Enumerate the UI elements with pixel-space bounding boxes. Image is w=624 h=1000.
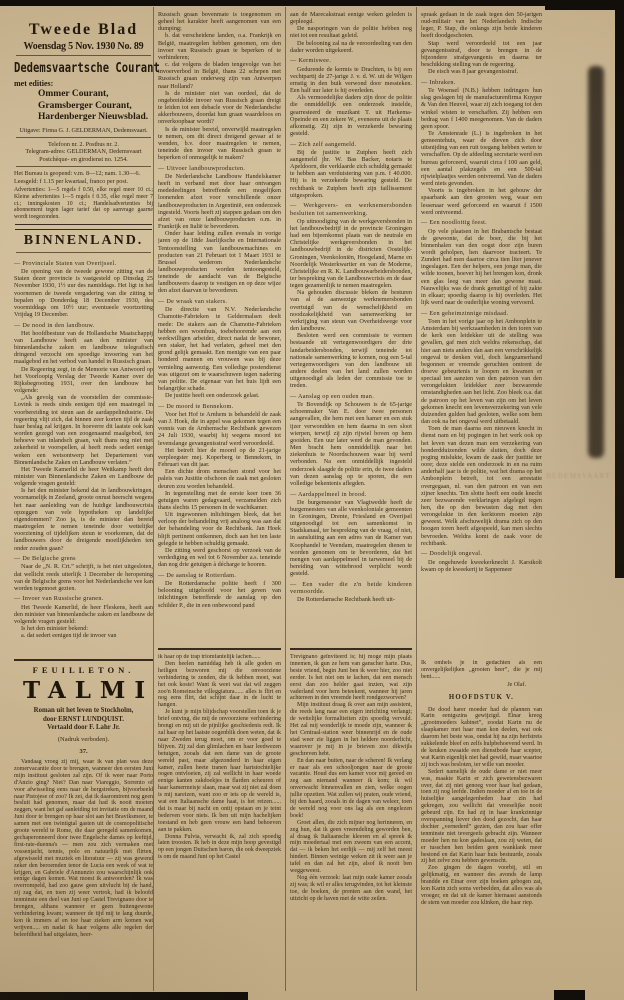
serial-translator: Vertaald door F. Lahr Jr.	[14, 724, 153, 732]
paragraph: Te Bovendijk op Schouwen is de 65-jarige…	[290, 401, 412, 487]
paragraph: De Regeering zegt, in de Memorie van Ant…	[14, 366, 153, 395]
edition-item: Hardenberger Nieuwsblad.	[38, 112, 153, 124]
column-1: Tweede Blad Woensdag 5 Nov. 1930 No. 89 …	[14, 8, 153, 939]
scan-edge-top	[0, 0, 624, 6]
paragraph: Het Tweede Kamerlid de heer Weitkamp hee…	[14, 466, 153, 487]
news-item-heading: — Inbraken.	[421, 79, 542, 86]
contact-line: Postchèque- en girodienst no. 1254.	[14, 156, 153, 164]
serial-text-column-1: Vandaag vroeg zij mij, waar ik van plan …	[14, 759, 153, 939]
divider	[16, 137, 151, 138]
news-item-heading: — Provinciale Staten van Overijssel.	[14, 260, 153, 267]
news-column-1: — Provinciale Staten van Overijssel.De o…	[14, 256, 153, 655]
paragraph: Te Woensel (N.B.) hebben indringers hun …	[421, 87, 542, 130]
paragraph: De Rotterdamsche politie heeft f 300 bel…	[158, 580, 281, 609]
paragraph: Sedert namelijk de oude dame er niet mee…	[421, 769, 542, 866]
paragraph: Donna Fulvia, verwacht ik, zal zich spoe…	[158, 834, 281, 862]
paragraph: Na gehouden discussie bleken de besturen…	[290, 289, 412, 332]
paragraph: Ik omhels je in gedachten als een onverg…	[421, 660, 542, 681]
paragraph: De dood harer moeder had de plannen van …	[421, 707, 542, 769]
paragraph: Te Amstenrade (L.) is ingebroken in het …	[421, 130, 542, 187]
divider	[16, 166, 151, 167]
paragraph: De directie van N.V. Nederlandsche Chamo…	[158, 306, 281, 392]
contact-block: Telefoon nr. 2. Postbus nr. 2. Telegram-…	[14, 141, 153, 164]
paragraph: De Rotterdamsche Rechtbank heeft uit-	[290, 596, 412, 603]
paragraph: Vandaag vroeg zij mij, waar ik van plan …	[14, 759, 153, 939]
paragraph: Nog één verzoek: laat mijn oude kamer zo…	[290, 875, 412, 903]
edition-item: Ommer Courant,	[38, 89, 153, 101]
paragraph: Stap werd veroordeeld tot een jaar gevan…	[421, 40, 542, 69]
feuilleton-rule	[290, 648, 412, 650]
news-item-heading: — Kermiswee.	[290, 57, 412, 64]
paragraph: Den heelen namiddag heb ik alle goden en…	[158, 661, 281, 709]
paragraph: Mijn instituut draag ik over aan mijn as…	[290, 702, 412, 757]
paragraph: Besloten werd een commissie te vormen be…	[290, 332, 412, 389]
paragraph: „Als gevolg van de voorstellen der commi…	[14, 394, 153, 466]
paragraph: Is het den minister bekend dat in landbo…	[14, 487, 153, 551]
paragraph: Is het den minister bekend:	[14, 625, 153, 632]
installment-number: 37.	[14, 748, 153, 755]
news-item-heading: — Doodelijk ongeval.	[421, 550, 542, 557]
feuilleton-label: FEUILLETON.	[14, 665, 153, 675]
paragraph: aan de Marecakstraat eenige weken gelede…	[290, 11, 412, 25]
feuilleton-rule	[14, 659, 153, 661]
paragraph: Als vermoedelijke daders zijn door de po…	[290, 94, 412, 137]
paragraph: spraak gedaan in de zaak tegen den 50-ja…	[421, 11, 542, 40]
serial-text-column-2: ik haar op de trap triomfantelijk lachen…	[158, 654, 281, 861]
scan-edge-right	[615, 0, 624, 578]
newspaper-page: Tweede Blad Woensdag 5 Nov. 1930 No. 89 …	[0, 0, 624, 1000]
office-hours: Het Bureau is geopend: v.m. 8—12; nam. 1…	[14, 170, 153, 178]
news-item-heading: — Aanslag op een ouden man.	[290, 393, 412, 400]
paragraph: De justitie heeft een onderzoek gelast.	[158, 392, 281, 399]
paragraph: Op uitnoodiging van de werkgeversbonden …	[290, 218, 412, 290]
paragraph: De burgemeester van Vlagtwedde heeft de …	[290, 499, 412, 578]
publisher-line: Uitgave: Firma G. J. GELDERMAN, Dedemsva…	[14, 127, 153, 134]
spacer	[421, 652, 542, 660]
paragraph: Het hoofdbestuur van de Hollandsche Maat…	[14, 330, 153, 366]
news-item-heading: — De moord te Bennekom.	[158, 403, 281, 410]
news-column-3: aan de Marecakstraat eenige weken gelede…	[290, 11, 412, 644]
column-divider	[153, 7, 154, 991]
paragraph: De Nederlandsche Landbouw Handelskamer h…	[158, 173, 281, 230]
advertising-rates: Advertenties: 1—5 regels f 0.50, elke re…	[14, 187, 153, 220]
scan-edge-top-right	[545, 0, 624, 10]
signature: Je Olaf.	[421, 682, 542, 689]
news-item-heading: — De wraak van stakers.	[158, 298, 281, 305]
paragraph: Voorts is ingebroken in het gebouw der s…	[421, 187, 542, 216]
paragraph: Onder haar leiding zullen evenals in vor…	[158, 230, 281, 294]
dateline: Woensdag 5 Nov. 1930 No. 89	[14, 41, 153, 52]
paragraph: De zitting werd geschorst op verzoek van…	[158, 547, 281, 568]
column-4: spraak gedaan in de zaak tegen den 50-ja…	[421, 11, 542, 907]
news-item-heading: — Aardappelmeel in brood.	[290, 491, 412, 498]
serial-author: door ERNST LUNDQUIST.	[14, 716, 153, 724]
serial-text-column-4: Ik omhels je in gedachten als een onverg…	[421, 660, 542, 907]
paragraph: En dan naar buiten, naar de scheren! Ik …	[290, 758, 412, 820]
news-item-heading: — Uitvoer landbouwproducten.	[158, 165, 281, 172]
scan-edge-bottom-left	[0, 992, 248, 1000]
serial-title: TALMI	[14, 677, 153, 704]
paragraph: Je kunt je mijn blijdschap voorstellen t…	[158, 709, 281, 833]
paragraph: Toen in het vorige jaar op het Ambonplei…	[421, 318, 542, 425]
editions-list: Ommer Courant, Gramsberger Courant, Hard…	[14, 89, 153, 124]
paragraph: Het Tweede Kamerlid, de heer Fleskens, h…	[14, 604, 153, 625]
news-item-heading: — Invoer van Russische granen.	[14, 595, 153, 602]
paragraph: De eisch was 8 jaar gevangenisstraf.	[421, 68, 542, 75]
paper-title: Dedemsvaartsche Courant	[14, 60, 122, 76]
paragraph: c. dat volgens de bladen tengevolge van …	[158, 61, 281, 90]
copyright-notice: (Nadruk verboden).	[14, 736, 153, 743]
divider	[16, 252, 151, 253]
news-item-heading: — De aanslag te Rotterdam.	[158, 572, 281, 579]
paragraph: Uit ingewonnen inlichtingen bleek, dat h…	[158, 511, 281, 547]
contact-line: Telegram-adres: GELDERMAN, Dedemsvaart	[14, 148, 153, 156]
column-divider	[416, 7, 417, 991]
paragraph: Een dichte drom menschen stond voor het …	[158, 468, 281, 489]
serial-subtitle: Roman uit het leven te Stockholm,	[14, 707, 153, 715]
paragraph: Russisch graan bovenmate is toegenomen e…	[158, 11, 281, 32]
edition-label: Tweede Blad	[14, 21, 153, 39]
column-2: Russisch graan bovenmate is toegenomen e…	[158, 11, 281, 861]
column-3: aan de Marecakstraat eenige weken gelede…	[290, 11, 412, 903]
paragraph: De opening van de tweede gewone zitting …	[14, 268, 153, 318]
serial-text-column-3: Trevignano geïnviteerd is; hij moge mijn…	[290, 654, 412, 903]
news-item-heading: — Een noodlottig feest.	[421, 219, 542, 226]
double-rule	[15, 224, 152, 230]
scan-edge-bottom-mark	[554, 990, 585, 1000]
paragraph: De ongehuwde kweekerknecht J. Karstkolt …	[421, 559, 542, 573]
news-item-heading: — De Belgische grens	[14, 555, 153, 562]
paragraph: Voor het Hof te Arnhem is behandeld de z…	[158, 411, 281, 447]
scan-shadow-blotch	[588, 66, 604, 458]
paragraph: Toen de man daarna een nieuwen knecht in…	[421, 425, 542, 547]
news-item-heading: — Een vader die z'n beide kinderen vermo…	[290, 581, 412, 595]
paragraph: b. dat verscheidene landen, o.a. Frankri…	[158, 32, 281, 61]
paragraph: In tegenstelling met de eerste keer toen…	[158, 490, 281, 511]
paragraph: De belooning zal na de veroordeeling van…	[290, 40, 412, 54]
news-item-heading: — Zich zelf aangemeld.	[290, 141, 412, 148]
paragraph: Op vele plaatsen in het Brabantsche best…	[421, 228, 542, 307]
paragraph: Is de minister niet van oordeel, dat de …	[158, 90, 281, 126]
paragraph: Naar de „N. R. Crt.” schrijft, is het ni…	[14, 563, 153, 592]
subscription-rate: Leesgeld: f 1.15 per kwartaal, franco pe…	[14, 178, 153, 186]
section-heading-binnenland: BINNENLAND.	[14, 233, 153, 249]
news-item-heading: — Werkgevers- en werknemersbonden beslui…	[290, 202, 412, 216]
news-item-heading: — De nood in den landbouw.	[14, 322, 153, 329]
paragraph: Is de minister bereid, onverwijld maatre…	[158, 126, 281, 162]
editions-label: met edities:	[14, 79, 153, 88]
paragraph: Groet allen, die zich mijner nog herinne…	[290, 820, 412, 875]
paragraph: Trevignano geïnviteerd is; hij moge mijn…	[290, 654, 412, 702]
paragraph: a. dat sedert eenigen tijd de invoer van	[14, 632, 153, 639]
paragraph: Gedurende de kermis te Drachten, is bij …	[290, 66, 412, 95]
paragraph: Het betreft hier de moord op de 21-jarig…	[158, 447, 281, 468]
news-item-heading: — Een geheimzinnige misdaad.	[421, 310, 542, 317]
paragraph: Bij de justitie te Zutphen heeft zich aa…	[290, 149, 412, 199]
news-column-2: Russisch graan bovenmate is toegenomen e…	[158, 11, 281, 644]
edition-item: Gramsberger Courant,	[38, 101, 153, 113]
contact-line: Telefoon nr. 2. Postbus nr. 2.	[14, 141, 153, 149]
paragraph: Zoo gingen de dagen voorbij, stil en gel…	[421, 865, 542, 906]
paragraph: De nasporingen van de politie hebben nog…	[290, 25, 412, 39]
paragraph: ik haar op de trap triomfantelijk lachen…	[158, 654, 281, 661]
news-column-4: spraak gedaan in de zaak tegen den 50-ja…	[421, 11, 542, 652]
divider	[16, 55, 151, 56]
chapter-heading: HOOFDSTUK V.	[421, 695, 542, 702]
column-divider	[285, 7, 286, 991]
feuilleton-rule	[158, 648, 281, 650]
bleed-through-ghost-text: DEDEMSVAART	[546, 472, 612, 480]
